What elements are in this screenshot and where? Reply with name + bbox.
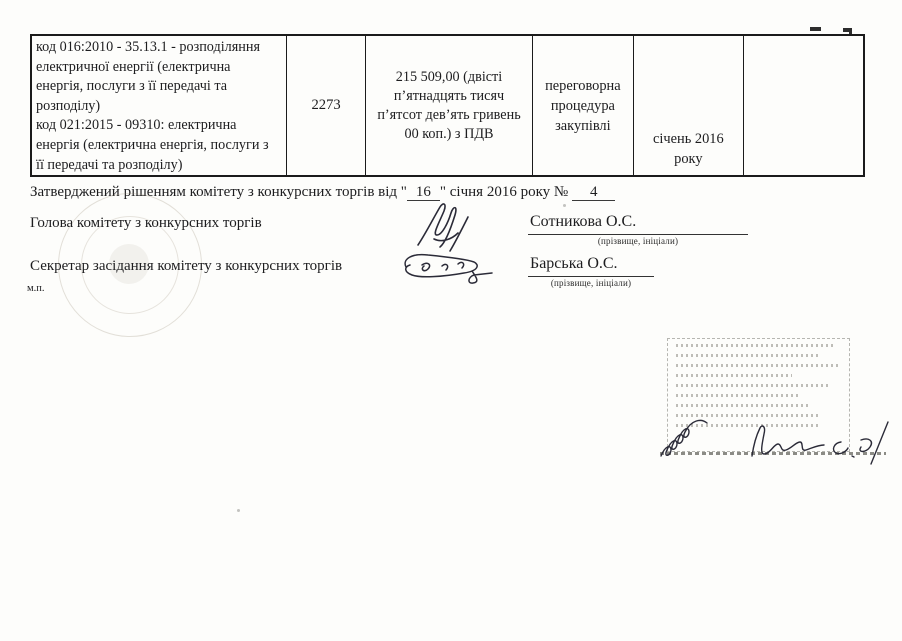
handwritten-signature-secretary bbox=[394, 249, 496, 287]
signatory-role-secretary: Секретар засідання комітету з конкурсних… bbox=[30, 258, 342, 275]
cell-subject-of-procurement: код 016:2010 - 35.13.1 - розподіляння ел… bbox=[32, 36, 287, 175]
approval-number: 4 bbox=[572, 184, 616, 201]
stamp-text-line bbox=[676, 354, 821, 357]
signatory-role-head: Голова комітету з конкурсних торгів bbox=[30, 215, 262, 232]
stamp-text-line bbox=[676, 374, 792, 377]
approval-mid: " січня 2016 року № bbox=[440, 184, 568, 200]
procedure-type-value: переговорна процедура закупівлі bbox=[545, 76, 621, 136]
handwritten-signature-head bbox=[410, 201, 472, 255]
scanned-document-page: код 016:2010 - 35.13.1 - розподіляння ел… bbox=[0, 0, 902, 641]
cell-expected-cost: 215 509,00 (двісті п’ятнадцять тисяч п’я… bbox=[366, 36, 532, 175]
cell-procedure-type: переговорна процедура закупівлі bbox=[533, 36, 635, 175]
stamp-text-line bbox=[676, 404, 811, 407]
signatory-name-block-secretary: Барська О.С. (прізвище, ініціали) bbox=[528, 255, 654, 288]
scan-artifact-dash bbox=[810, 27, 821, 31]
cell-expense-code: 2273 bbox=[287, 36, 367, 175]
procurement-period-value: січень 2016 року bbox=[653, 129, 724, 169]
scan-speck bbox=[563, 204, 566, 207]
signatory-name-secretary: Барська О.С. bbox=[528, 255, 654, 277]
stamp-text-line bbox=[676, 384, 828, 387]
stamp-text-line bbox=[676, 364, 838, 367]
handwritten-signature-stamp bbox=[655, 416, 891, 468]
scan-speck bbox=[237, 509, 240, 512]
scan-artifact-dash bbox=[843, 28, 852, 32]
cell-procurement-period: січень 2016 року bbox=[634, 36, 743, 175]
procurement-table: код 016:2010 - 35.13.1 - розподіляння ел… bbox=[30, 34, 865, 177]
expense-code-value: 2273 bbox=[311, 97, 340, 114]
signatory-name-block-head: Сотникова О.С. (прізвище, ініціали) bbox=[528, 213, 748, 246]
stamp-text-line bbox=[676, 394, 801, 397]
stamp-text-line bbox=[676, 344, 833, 347]
expected-cost-value: 215 509,00 (двісті п’ятнадцять тисяч п’я… bbox=[377, 68, 520, 144]
signatory-name-head: Сотникова О.С. bbox=[528, 213, 748, 235]
seal-place-note: м.п. bbox=[27, 283, 45, 294]
signatory-caption-head: (прізвище, ініціали) bbox=[528, 235, 748, 246]
cell-empty bbox=[744, 36, 863, 175]
signatory-caption-secretary: (прізвище, ініціали) bbox=[528, 277, 654, 288]
approval-prefix: Затверджений рішенням комітету з конкурс… bbox=[30, 184, 407, 200]
approval-day: 16 bbox=[407, 184, 440, 201]
